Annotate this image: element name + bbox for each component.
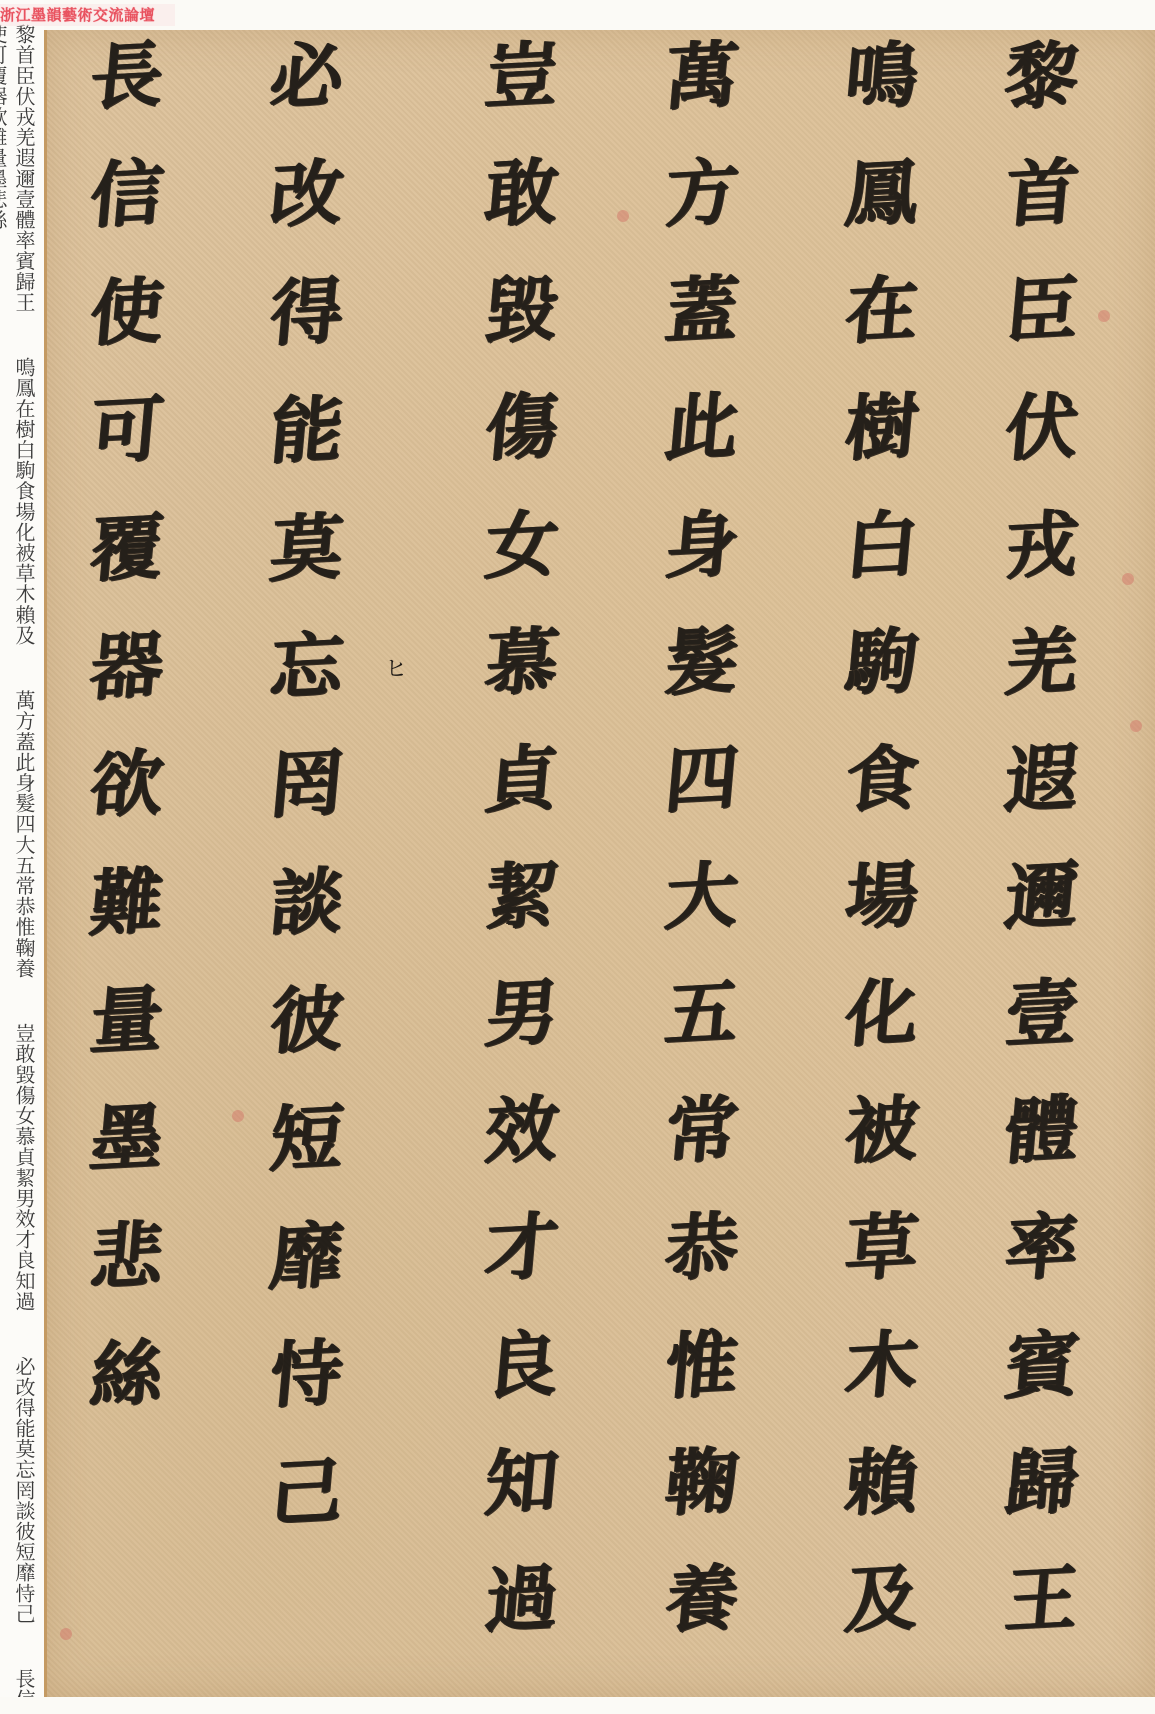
calligraphy-glyph: 靡 bbox=[264, 1218, 347, 1340]
calligraphy-glyph: 臣 bbox=[999, 272, 1082, 393]
annotation-mark: ヒ bbox=[385, 652, 407, 683]
calligraphy-glyph: 效 bbox=[479, 1092, 562, 1213]
calligraphy-glyph: 良 bbox=[479, 1327, 562, 1448]
calligraphy-glyph: 遐 bbox=[999, 741, 1082, 862]
calligraphy-glyph: 體 bbox=[999, 1092, 1082, 1213]
calligraphy-glyph: 能 bbox=[264, 392, 347, 514]
calligraphy-glyph: 短 bbox=[264, 1100, 347, 1222]
calligraphy-glyph: 鳳 bbox=[839, 155, 922, 276]
calligraphy-glyph: 戎 bbox=[999, 507, 1082, 628]
calligraphy-glyph: 罔 bbox=[264, 746, 347, 868]
calligraphy-glyph: 駒 bbox=[839, 624, 922, 745]
calligraphy-glyph: 歸 bbox=[999, 1444, 1082, 1565]
calligraphy-glyph: 欲 bbox=[84, 746, 167, 868]
transcription-group-4: 豈敢毀傷女慕貞絜男效才良知過 bbox=[12, 1023, 36, 1311]
calligraphy-glyph: 改 bbox=[264, 156, 347, 278]
calligraphy-glyph: 賴 bbox=[839, 1444, 922, 1565]
calligraphy-glyph: 賓 bbox=[999, 1327, 1082, 1448]
calligraphy-glyph: 樹 bbox=[839, 390, 922, 511]
calligraphy-glyph: 可 bbox=[84, 392, 167, 514]
calligraphy-glyph: 大 bbox=[659, 858, 742, 979]
calligraphy-glyph: 豈 bbox=[479, 38, 562, 159]
calligraphy-column: 黎首臣伏戎羌遐邇壹體率賓歸王 bbox=[980, 40, 1100, 1680]
red-seal-dot bbox=[60, 1628, 72, 1640]
calligraphy-glyph: 器 bbox=[84, 628, 167, 750]
calligraphy-glyph: 難 bbox=[84, 864, 167, 986]
calligraphy-glyph: 使 bbox=[84, 274, 167, 396]
calligraphy-column: 萬方蓋此身髮四大五常恭惟鞠養 bbox=[640, 40, 760, 1680]
calligraphy-glyph: 過 bbox=[479, 1561, 562, 1682]
transcription-margin: 黎首臣伏戎羌遐邇壹體率賓歸王 鳴鳳在樹白駒食場化被草木賴及 萬方蓋此身髮四大五常… bbox=[0, 0, 44, 1714]
calligraphy-glyph: 談 bbox=[264, 864, 347, 986]
calligraphy-glyph: 身 bbox=[659, 507, 742, 628]
calligraphy-column: 鳴鳳在樹白駒食場化被草木賴及 bbox=[820, 40, 940, 1680]
calligraphy-glyph: 莫 bbox=[264, 510, 347, 632]
calligraphy-glyph: 惟 bbox=[659, 1327, 742, 1448]
calligraphy-glyph: 貞 bbox=[479, 741, 562, 862]
calligraphy-glyph: 絲 bbox=[84, 1336, 167, 1458]
transcription-group-2: 鳴鳳在樹白駒食場化被草木賴及 bbox=[12, 357, 36, 645]
calligraphy-glyph: 鳴 bbox=[839, 38, 922, 159]
calligraphy-glyph: 髮 bbox=[659, 624, 742, 745]
calligraphy-glyph: 敢 bbox=[479, 155, 562, 276]
calligraphy-glyph: 量 bbox=[84, 982, 167, 1104]
calligraphy-glyph: 常 bbox=[659, 1092, 742, 1213]
forum-watermark: 浙江墨韻藝術交流論壇 bbox=[0, 4, 175, 26]
calligraphy-glyph: 及 bbox=[839, 1561, 922, 1682]
calligraphy-glyph: 此 bbox=[659, 390, 742, 511]
calligraphy-glyph: 場 bbox=[839, 858, 922, 979]
red-seal-dot bbox=[1122, 573, 1134, 585]
transcription-text: 黎首臣伏戎羌遐邇壹體率賓歸王 鳴鳳在樹白駒食場化被草木賴及 萬方蓋此身髮四大五常… bbox=[8, 24, 38, 1714]
calligraphy-glyph: 鞠 bbox=[659, 1444, 742, 1565]
red-seal-dot bbox=[1130, 720, 1142, 732]
calligraphy-glyph: 邇 bbox=[999, 858, 1082, 979]
red-seal-dot bbox=[232, 1110, 244, 1122]
calligraphy-glyph: 傷 bbox=[479, 390, 562, 511]
calligraphy-glyph: 悲 bbox=[84, 1218, 167, 1340]
red-seal-dot bbox=[617, 210, 629, 222]
calligraphy-glyph: 養 bbox=[659, 1561, 742, 1682]
transcription-group-1: 黎首臣伏戎羌遐邇壹體率賓歸王 bbox=[12, 24, 36, 312]
calligraphy-glyph: 壹 bbox=[999, 975, 1082, 1096]
calligraphy-glyph: 草 bbox=[839, 1210, 922, 1331]
calligraphy-glyph: 四 bbox=[659, 741, 742, 862]
calligraphy-glyph: 長 bbox=[84, 38, 167, 160]
calligraphy-glyph: 食 bbox=[839, 741, 922, 862]
calligraphy-glyph: 墨 bbox=[84, 1100, 167, 1222]
paper-edge bbox=[44, 30, 47, 1697]
calligraphy-glyph: 黎 bbox=[999, 38, 1082, 159]
transcription-group-5: 必改得能莫忘罔談彼短靡恃己 bbox=[12, 1356, 36, 1624]
calligraphy-glyph: 必 bbox=[264, 38, 347, 160]
calligraphy-glyph: 恭 bbox=[659, 1210, 742, 1331]
calligraphy-glyph: 彼 bbox=[264, 982, 347, 1104]
transcription-group-3: 萬方蓋此身髮四大五常恭惟鞠養 bbox=[12, 690, 36, 978]
bottom-margin bbox=[0, 1697, 1155, 1714]
calligraphy-glyph: 在 bbox=[839, 272, 922, 393]
calligraphy-glyph: 萬 bbox=[659, 38, 742, 159]
calligraphy-glyph: 毀 bbox=[479, 272, 562, 393]
calligraphy-column: 豈敢毀傷女慕貞絜男效才良知過 bbox=[460, 40, 580, 1680]
calligraphy-glyph: 知 bbox=[479, 1444, 562, 1565]
calligraphy-glyph: 己 bbox=[264, 1454, 347, 1576]
calligraphy-glyph: 首 bbox=[999, 155, 1082, 276]
calligraphy-column: 必改得能莫忘罔談彼短靡恃己 bbox=[245, 40, 365, 1574]
calligraphy-glyph: 才 bbox=[479, 1210, 562, 1331]
calligraphy-glyph: 女 bbox=[479, 507, 562, 628]
calligraphy-glyph: 木 bbox=[839, 1327, 922, 1448]
calligraphy-glyph: 覆 bbox=[84, 510, 167, 632]
calligraphy-glyph: 得 bbox=[264, 274, 347, 396]
calligraphy-glyph: 忘 bbox=[264, 628, 347, 750]
calligraphy-glyph: 化 bbox=[839, 975, 922, 1096]
calligraphy-glyph: 信 bbox=[84, 156, 167, 278]
calligraphy-glyph: 羌 bbox=[999, 624, 1082, 745]
calligraphy-glyph: 絜 bbox=[479, 858, 562, 979]
calligraphy-glyph: 王 bbox=[999, 1561, 1082, 1682]
calligraphy-glyph: 伏 bbox=[999, 390, 1082, 511]
calligraphy-glyph: 男 bbox=[479, 975, 562, 1096]
calligraphy-glyph: 白 bbox=[839, 507, 922, 628]
calligraphy-glyph: 五 bbox=[659, 975, 742, 1096]
calligraphy-glyph: 方 bbox=[659, 155, 742, 276]
calligraphy-glyph: 蓋 bbox=[659, 272, 742, 393]
calligraphy-glyph: 率 bbox=[999, 1210, 1082, 1331]
calligraphy-glyph: 慕 bbox=[479, 624, 562, 745]
calligraphy-glyph: 恃 bbox=[264, 1336, 347, 1458]
calligraphy-glyph: 被 bbox=[839, 1092, 922, 1213]
calligraphy-column: 長信使可覆器欲難量墨悲絲 bbox=[65, 40, 185, 1456]
